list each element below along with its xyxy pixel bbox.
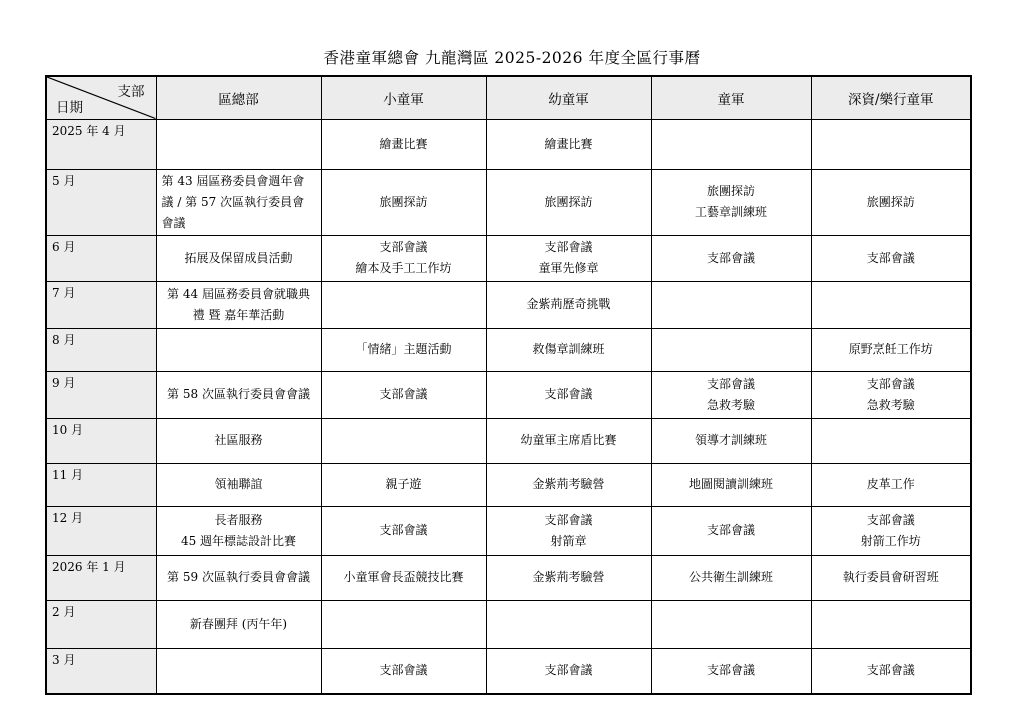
event-cell: 支部會議 繪本及手工工作坊 xyxy=(321,235,486,281)
event-cell: 金紫荊考驗營 xyxy=(486,555,651,600)
event-cell: 支部會議 射箭工作坊 xyxy=(811,506,971,555)
event-cell: 支部會議 xyxy=(651,235,811,281)
event-cell: 金紫荊考驗營 xyxy=(486,463,651,506)
month-cell: 2025 年 4 月 xyxy=(46,119,156,169)
month-cell: 5 月 xyxy=(46,169,156,235)
event-cell: 長者服務 45 週年標誌設計比賽 xyxy=(156,506,321,555)
event-cell xyxy=(651,328,811,371)
event-cell: 地圖閱讀訓練班 xyxy=(651,463,811,506)
month-cell: 7 月 xyxy=(46,281,156,328)
event-cell: 原野烹飪工作坊 xyxy=(811,328,971,371)
event-cell: 支部會議 急救考驗 xyxy=(811,371,971,418)
col-header-grasshopper-scout: 小童軍 xyxy=(321,76,486,119)
event-cell: 救傷章訓練班 xyxy=(486,328,651,371)
table-row: 12 月長者服務 45 週年標誌設計比賽支部會議支部會議 射箭章支部會議支部會議… xyxy=(46,506,971,555)
col-header-scout: 童軍 xyxy=(651,76,811,119)
event-cell: 支部會議 急救考驗 xyxy=(651,371,811,418)
event-cell xyxy=(321,418,486,463)
event-cell: 旅團探訪 xyxy=(486,169,651,235)
event-cell: 第 58 次區執行委員會會議 xyxy=(156,371,321,418)
event-cell xyxy=(651,281,811,328)
table-row: 11 月領袖聯誼親子遊金紫荊考驗營地圖閱讀訓練班皮革工作 xyxy=(46,463,971,506)
col-header-venture-rover: 深資/樂行童軍 xyxy=(811,76,971,119)
event-cell xyxy=(156,328,321,371)
event-cell xyxy=(651,600,811,648)
month-cell: 3 月 xyxy=(46,648,156,694)
table-row: 5 月第 43 屆區務委員會週年會 議 / 第 57 次區執行委員會 會議旅團探… xyxy=(46,169,971,235)
event-cell: 拓展及保留成員活動 xyxy=(156,235,321,281)
event-cell: 皮革工作 xyxy=(811,463,971,506)
month-cell: 6 月 xyxy=(46,235,156,281)
col-header-district-hq: 區總部 xyxy=(156,76,321,119)
event-cell: 第 43 屆區務委員會週年會 議 / 第 57 次區執行委員會 會議 xyxy=(156,169,321,235)
event-cell: 公共衛生訓練班 xyxy=(651,555,811,600)
event-cell: 支部會議 xyxy=(486,648,651,694)
calendar-table: 支部 日期 區總部 小童軍 幼童軍 童軍 深資/樂行童軍 2025 年 4 月繪… xyxy=(45,75,972,695)
event-cell: 新春團拜 (丙午年) xyxy=(156,600,321,648)
event-cell: 社區服務 xyxy=(156,418,321,463)
event-cell xyxy=(811,281,971,328)
table-row: 7 月第 44 屆區務委員會就職典 禮 暨 嘉年華活動金紫荊歷奇挑戰 xyxy=(46,281,971,328)
table-row: 2026 年 1 月第 59 次區執行委員會會議小童軍會長盃競技比賽金紫荊考驗營… xyxy=(46,555,971,600)
event-cell: 支部會議 xyxy=(651,648,811,694)
table-row: 8 月「情緒」主題活動救傷章訓練班原野烹飪工作坊 xyxy=(46,328,971,371)
table-row: 2025 年 4 月繪畫比賽繪畫比賽 xyxy=(46,119,971,169)
event-cell: 支部會議 xyxy=(651,506,811,555)
event-cell xyxy=(486,600,651,648)
event-cell: 領導才訓練班 xyxy=(651,418,811,463)
event-cell: 小童軍會長盃競技比賽 xyxy=(321,555,486,600)
month-cell: 2 月 xyxy=(46,600,156,648)
month-cell: 12 月 xyxy=(46,506,156,555)
document-page: 香港童軍總會 九龍灣區 2025-2026 年度全區行事曆 支部 日期 區總部 … xyxy=(0,0,1024,724)
event-cell xyxy=(321,281,486,328)
event-cell: 繪畫比賽 xyxy=(486,119,651,169)
event-cell: 旅團探訪 xyxy=(321,169,486,235)
event-cell xyxy=(156,119,321,169)
event-cell: 幼童軍主席盾比賽 xyxy=(486,418,651,463)
corner-label-date: 日期 xyxy=(56,96,83,116)
event-cell: 支部會議 xyxy=(811,648,971,694)
event-cell: 支部會議 xyxy=(321,371,486,418)
corner-label-branch: 支部 xyxy=(118,80,145,100)
event-cell: 第 44 屆區務委員會就職典 禮 暨 嘉年華活動 xyxy=(156,281,321,328)
event-cell xyxy=(811,119,971,169)
event-cell: 第 59 次區執行委員會會議 xyxy=(156,555,321,600)
page-title: 香港童軍總會 九龍灣區 2025-2026 年度全區行事曆 xyxy=(0,46,1024,68)
table-row: 6 月拓展及保留成員活動支部會議 繪本及手工工作坊支部會議 童軍先修章支部會議支… xyxy=(46,235,971,281)
event-cell: 繪畫比賽 xyxy=(321,119,486,169)
month-cell: 10 月 xyxy=(46,418,156,463)
event-cell: 金紫荊歷奇挑戰 xyxy=(486,281,651,328)
event-cell xyxy=(651,119,811,169)
event-cell xyxy=(811,418,971,463)
event-cell: 領袖聯誼 xyxy=(156,463,321,506)
event-cell xyxy=(811,600,971,648)
table-row: 9 月第 58 次區執行委員會會議支部會議支部會議支部會議 急救考驗支部會議 急… xyxy=(46,371,971,418)
event-cell: 支部會議 xyxy=(321,506,486,555)
event-cell xyxy=(321,600,486,648)
month-cell: 8 月 xyxy=(46,328,156,371)
table-row: 10 月社區服務幼童軍主席盾比賽領導才訓練班 xyxy=(46,418,971,463)
month-cell: 9 月 xyxy=(46,371,156,418)
month-cell: 2026 年 1 月 xyxy=(46,555,156,600)
col-header-cub-scout: 幼童軍 xyxy=(486,76,651,119)
event-cell: 支部會議 xyxy=(811,235,971,281)
event-cell: 旅團探訪 xyxy=(811,169,971,235)
event-cell: 支部會議 xyxy=(321,648,486,694)
event-cell: 支部會議 射箭章 xyxy=(486,506,651,555)
table-row: 3 月支部會議支部會議支部會議支部會議 xyxy=(46,648,971,694)
event-cell: 親子遊 xyxy=(321,463,486,506)
event-cell: 支部會議 xyxy=(486,371,651,418)
event-cell: 旅團探訪 工藝章訓練班 xyxy=(651,169,811,235)
event-cell: 執行委員會研習班 xyxy=(811,555,971,600)
event-cell: 支部會議 童軍先修章 xyxy=(486,235,651,281)
table-row: 2 月新春團拜 (丙午年) xyxy=(46,600,971,648)
event-cell: 「情緒」主題活動 xyxy=(321,328,486,371)
corner-header-cell: 支部 日期 xyxy=(46,76,156,119)
month-cell: 11 月 xyxy=(46,463,156,506)
event-cell xyxy=(156,648,321,694)
